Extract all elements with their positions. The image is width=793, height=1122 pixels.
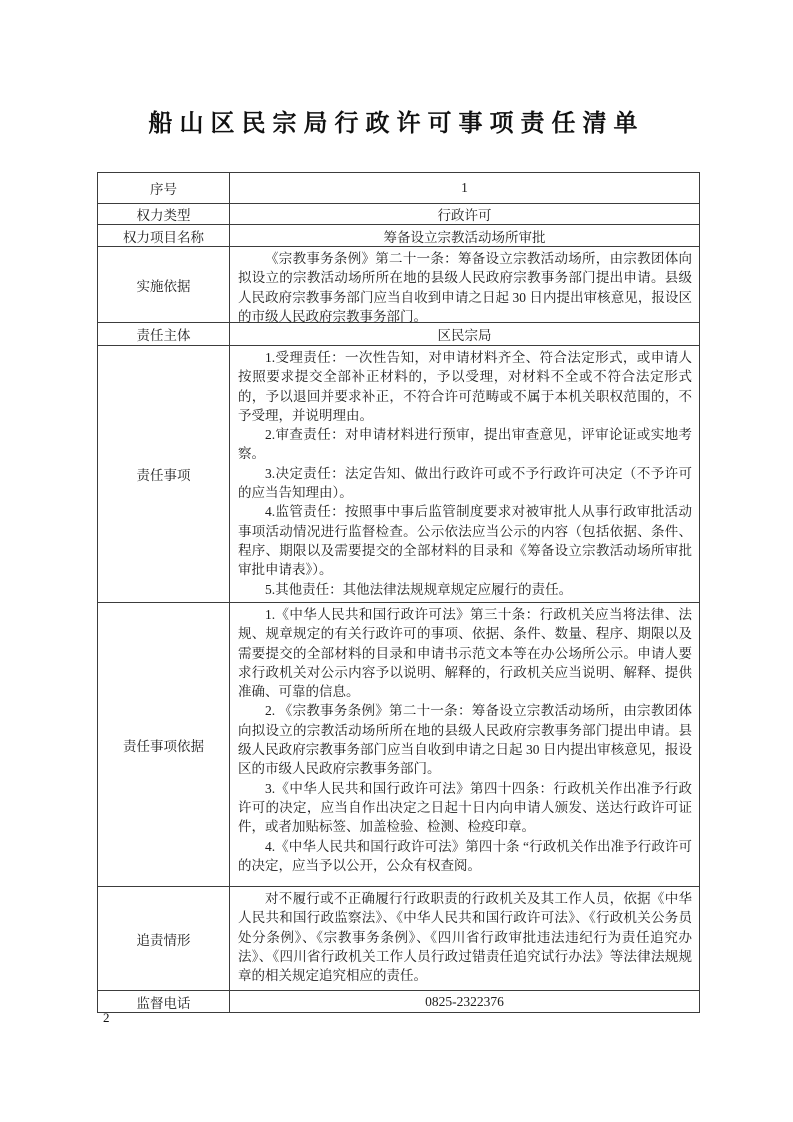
row-label-serial-number: 序号 (98, 173, 230, 203)
table-row-serial-number: 序号 1 (98, 173, 699, 203)
row-value-power-item-name: 筹备设立宗教活动场所审批 (230, 225, 699, 246)
paragraph: 4.监管责任：按照事中事后监管制度要求对被审批人从事行政审批活动事项活动情况进行… (238, 502, 692, 579)
table-row-responsibility-matters: 责任事项 1.受理责任：一次性告知，对申请材料齐全、符合法定形式，或申请人按照要… (98, 345, 699, 602)
row-label-accountability-situations: 追责情形 (98, 887, 230, 990)
paragraph: 1.受理责任：一次性告知，对申请材料齐全、符合法定形式，或申请人按照要求提交全部… (238, 348, 692, 425)
row-value-responsibility-matters-basis: 1.《中华人民共和国行政许可法》第三十条：行政机关应当将法律、法规、规章规定的有… (230, 603, 699, 886)
paragraph: 1.《中华人民共和国行政许可法》第三十条：行政机关应当将法律、法规、规章规定的有… (238, 605, 692, 701)
row-label-responsibility-matters-basis: 责任事项依据 (98, 603, 230, 886)
row-value-accountability-situations: 对不履行或不正确履行行政职责的行政机关及其工作人员，依据《中华人民共和国行政监察… (230, 887, 699, 990)
row-value-implementation-basis: 《宗教事务条例》第二十一条：筹备设立宗教活动场所，由宗教团体向拟设立的宗教活动场… (230, 247, 699, 322)
table-row-implementation-basis: 实施依据 《宗教事务条例》第二十一条：筹备设立宗教活动场所，由宗教团体向拟设立的… (98, 246, 699, 322)
paragraph: 4.《中华人民共和国行政许可法》第四十条 “行政机关作出准予行政许可的决定，应当… (238, 837, 692, 876)
table-row-power-type: 权力类型 行政许可 (98, 203, 699, 224)
page-number: 2 (103, 1010, 110, 1026)
row-label-power-type: 权力类型 (98, 204, 230, 224)
paragraph: 3.决定责任：法定告知、做出行政许可或不予行政许可决定（不予许可的应当告知理由）… (238, 464, 692, 503)
responsibility-table: 序号 1 权力类型 行政许可 权力项目名称 筹备设立宗教活动场所审批 实施依据 … (97, 172, 700, 1013)
row-label-responsible-entity: 责任主体 (98, 323, 230, 345)
table-row-supervision-phone: 监督电话 0825-2322376 (98, 990, 699, 1012)
row-label-supervision-phone: 监督电话 (98, 991, 230, 1012)
document-page: 船山区民宗局行政许可事项责任清单 序号 1 权力类型 行政许可 权力项目名称 筹… (0, 0, 793, 1122)
row-value-power-type: 行政许可 (230, 204, 699, 224)
table-row-responsible-entity: 责任主体 区民宗局 (98, 322, 699, 345)
paragraph: 《宗教事务条例》第二十一条：筹备设立宗教活动场所，由宗教团体向拟设立的宗教活动场… (238, 249, 692, 322)
paragraph: 5.其他责任：其他法律法规规章规定应履行的责任。 (238, 580, 692, 599)
row-label-implementation-basis: 实施依据 (98, 247, 230, 322)
row-value-supervision-phone: 0825-2322376 (230, 991, 699, 1012)
row-label-responsibility-matters: 责任事项 (98, 346, 230, 602)
page-title: 船山区民宗局行政许可事项责任清单 (0, 103, 793, 138)
row-value-serial-number: 1 (230, 173, 699, 203)
table-row-power-item-name: 权力项目名称 筹备设立宗教活动场所审批 (98, 224, 699, 246)
row-label-power-item-name: 权力项目名称 (98, 225, 230, 246)
row-value-responsible-entity: 区民宗局 (230, 323, 699, 345)
table-row-accountability-situations: 追责情形 对不履行或不正确履行行政职责的行政机关及其工作人员，依据《中华人民共和… (98, 886, 699, 990)
paragraph: 对不履行或不正确履行行政职责的行政机关及其工作人员，依据《中华人民共和国行政监察… (238, 889, 692, 985)
paragraph: 2.审查责任：对申请材料进行预审，提出审查意见，评审论证或实地考察。 (238, 425, 692, 464)
row-value-responsibility-matters: 1.受理责任：一次性告知，对申请材料齐全、符合法定形式，或申请人按照要求提交全部… (230, 346, 699, 602)
paragraph: 2. 《宗教事务条例》第二十一条：筹备设立宗教活动场所，由宗教团体向拟设立的宗教… (238, 701, 692, 778)
table-row-responsibility-matters-basis: 责任事项依据 1.《中华人民共和国行政许可法》第三十条：行政机关应当将法律、法规… (98, 602, 699, 886)
paragraph: 3.《中华人民共和国行政许可法》第四十四条：行政机关作出准予行政许可的决定，应当… (238, 779, 692, 837)
